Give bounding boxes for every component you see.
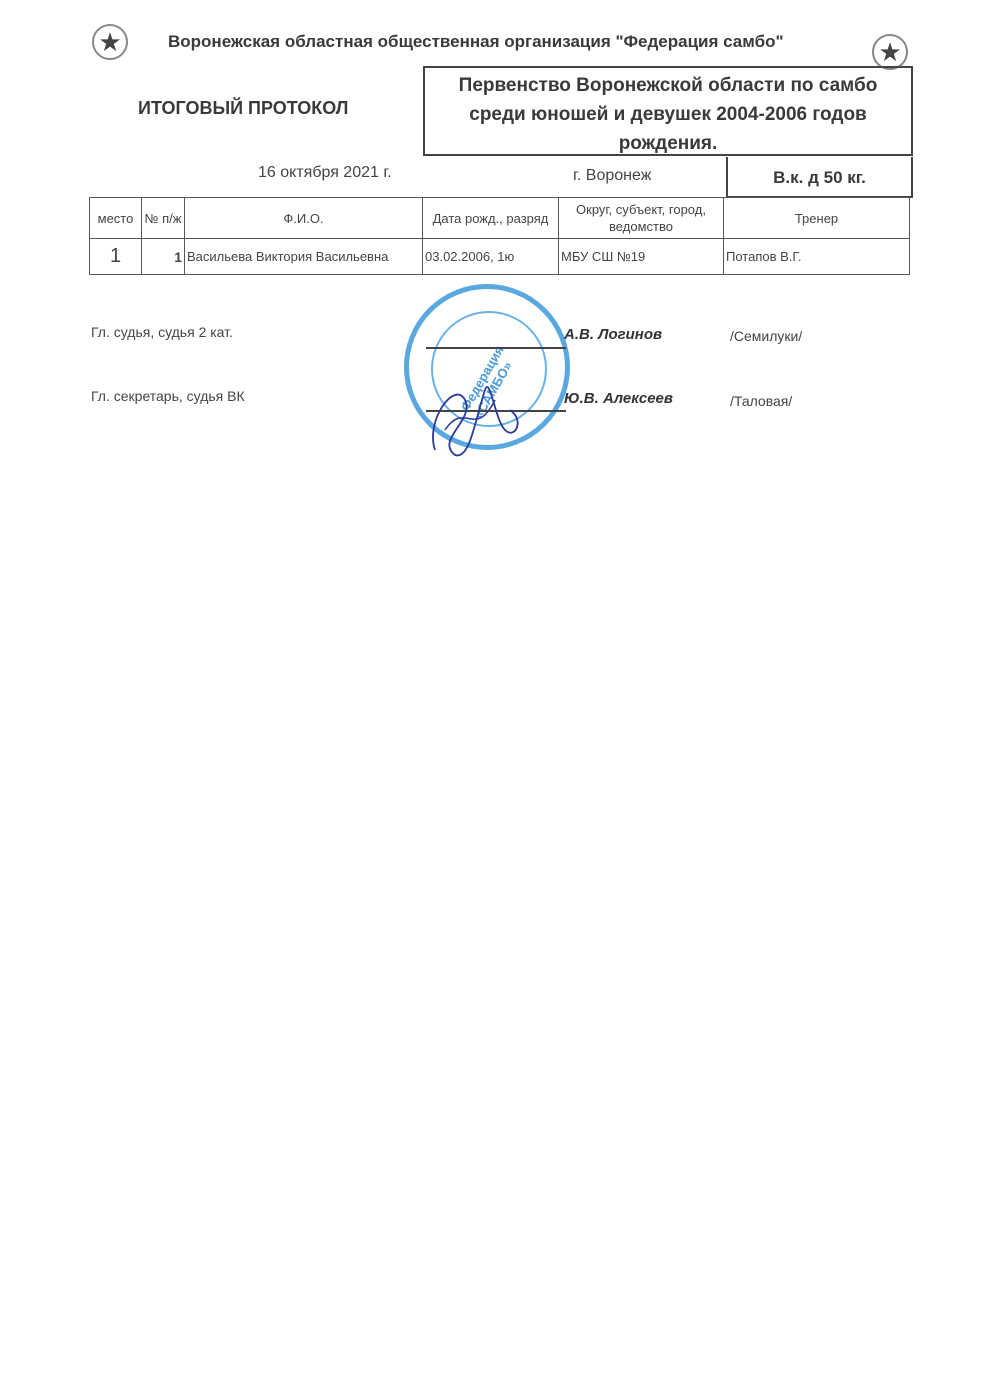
signature-line (426, 347, 566, 349)
event-line: рождения. (425, 129, 911, 158)
handwritten-signature-icon (415, 360, 535, 465)
event-city: г. Воронеж (573, 167, 651, 185)
cell-organization: МБУ СШ №19 (559, 239, 724, 275)
signature-role: Гл. судья, судья 2 кат. (91, 324, 233, 340)
results-table: место № п/ж Ф.И.О. Дата рожд., разряд Ок… (89, 197, 910, 275)
col-organization: Округ, субъект, город, ведомство (559, 198, 724, 239)
cell-place: 1 (90, 239, 142, 275)
event-date: 16 октября 2021 г. (258, 164, 392, 182)
document-title: ИТОГОВЫЙ ПРОТОКОЛ (138, 98, 348, 119)
cell-coach: Потапов В.Г. (724, 239, 910, 275)
cell-name: Васильева Виктория Васильевна (185, 239, 423, 275)
cell-number: 1 (142, 239, 185, 275)
signature-city: /Семилуки/ (730, 328, 802, 344)
signature-role: Гл. секретарь, судья ВК (91, 388, 245, 404)
table-header-row: место № п/ж Ф.И.О. Дата рожд., разряд Ок… (90, 198, 910, 239)
signature-name: Ю.В. Алексеев (564, 390, 673, 407)
cell-birth-rank: 03.02.2006, 1ю (423, 239, 559, 275)
signature-city: /Таловая/ (730, 393, 792, 409)
table-row: 1 1 Васильева Виктория Васильевна 03.02.… (90, 239, 910, 275)
organization-name: Воронежская областная общественная орган… (168, 32, 784, 52)
sambo-star-emblem-icon: ★ (872, 34, 908, 70)
col-number: № п/ж (142, 198, 185, 239)
sambo-star-emblem-icon: ★ (92, 24, 128, 60)
signature-name: А.В. Логинов (564, 326, 662, 343)
weight-category: В.к. д 50 кг. (726, 157, 913, 198)
col-place: место (90, 198, 142, 239)
col-coach: Тренер (724, 198, 910, 239)
event-title-box: Первенство Воронежской области по самбо … (423, 66, 913, 156)
event-line: среди юношей и девушек 2004-2006 годов (425, 100, 911, 129)
col-name: Ф.И.О. (185, 198, 423, 239)
event-line: Первенство Воронежской области по самбо (425, 71, 911, 100)
col-birth-rank: Дата рожд., разряд (423, 198, 559, 239)
